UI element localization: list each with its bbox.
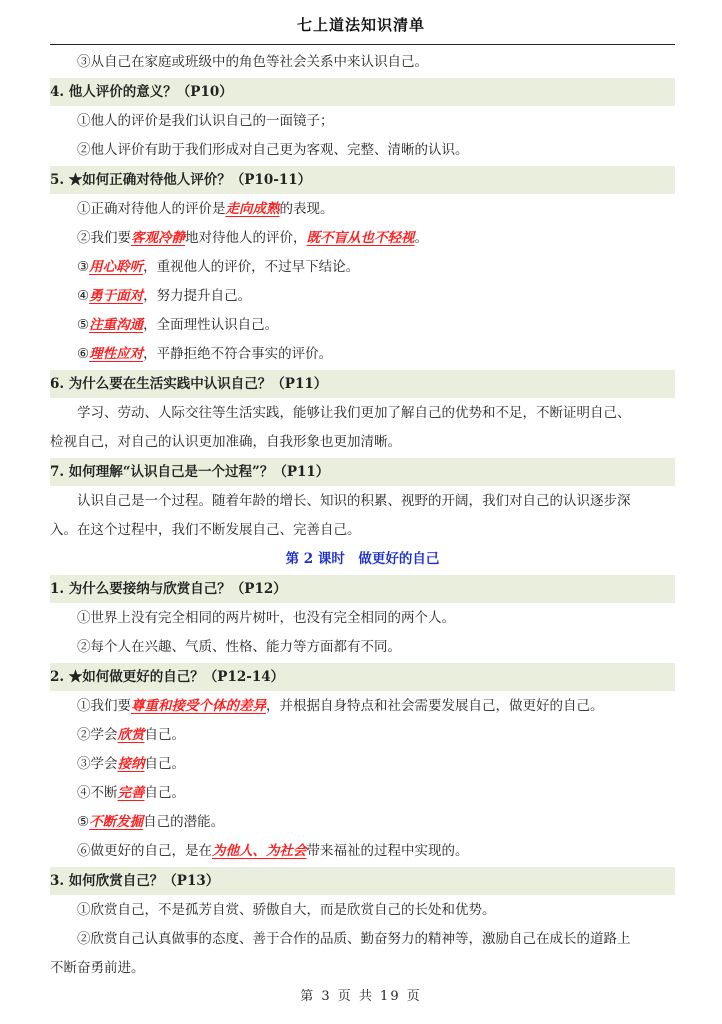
text-span: ③从自己在家庭或班级中的角色等社会关系中来认识自己。 bbox=[77, 54, 428, 70]
text-span: ⑥做更好的自己，是在 bbox=[77, 843, 212, 859]
text-span: ②我们要 bbox=[77, 230, 131, 246]
text-span: ②学会 bbox=[77, 727, 118, 743]
document-body: ③从自己在家庭或班级中的角色等社会关系中来认识自己。4. 他人评价的意义？（P1… bbox=[50, 48, 675, 983]
text-span: ①欣赏自己，不是孤芳自赏、骄傲自大，而是欣赏自己的长处和优势。 bbox=[77, 902, 496, 918]
answer-line: ③用心聆听，重视他人的评价，不过早下结论。 bbox=[50, 253, 675, 282]
answer-continuation: 检视自己，对自己的认识更加准确，自我形象也更加清晰。 bbox=[50, 428, 675, 457]
text-span: ④ bbox=[77, 288, 89, 304]
answer-line: ②学会欣赏自己。 bbox=[50, 721, 675, 750]
answer-line: ⑤注重沟通，全面理性认识自己。 bbox=[50, 311, 675, 340]
answer-line: ①他人的评价是我们认识自己的一面镜子； bbox=[50, 107, 675, 136]
text-span: 4. 他人评价的意义？（P10） bbox=[50, 84, 233, 100]
answer-line: ②我们要客观冷静地对待他人的评价，既不盲从也不轻视。 bbox=[50, 224, 675, 253]
text-span: 自己的潜能。 bbox=[143, 814, 224, 830]
text-span: ①我们要 bbox=[77, 698, 131, 714]
key-phrase: 客观冷静 bbox=[131, 230, 185, 246]
answer-line: ⑤不断发掘自己的潜能。 bbox=[50, 808, 675, 837]
question-heading: 7. 如何理解“认识自己是一个过程”？（P11） bbox=[50, 458, 675, 486]
text-span: ⑤ bbox=[77, 814, 89, 830]
text-span: ③学会 bbox=[77, 756, 118, 772]
text-span: ，并根据自身特点和社会需要发展自己，做更好的自己。 bbox=[266, 698, 604, 714]
answer-continuation: 不断奋勇前进。 bbox=[50, 954, 675, 983]
text-span: 6. 为什么要在生活实践中认识自己？（P11） bbox=[50, 376, 327, 392]
text-span: 的表现。 bbox=[280, 201, 334, 217]
answer-line: 认识自己是一个过程。随着年龄的增长、知识的积累、视野的开阔，我们对自己的认识逐步… bbox=[50, 487, 675, 516]
text-span: 学习、劳动、人际交往等生活实践，能够让我们更加了解自己的优势和不足，不断证明自己… bbox=[77, 405, 631, 421]
text-span: 1. 为什么要接纳与欣赏自己？（P12） bbox=[50, 581, 287, 597]
question-heading: 4. 他人评价的意义？（P10） bbox=[50, 78, 675, 106]
text-span: 自己。 bbox=[145, 756, 186, 772]
text-span: ，努力提升自己。 bbox=[143, 288, 251, 304]
answer-line: ③从自己在家庭或班级中的角色等社会关系中来认识自己。 bbox=[50, 48, 675, 77]
text-span: 5. ★如何正确对待他人评价？（P10-11） bbox=[50, 172, 311, 188]
key-phrase: 注重沟通 bbox=[89, 317, 143, 333]
key-phrase: 不断发掘 bbox=[89, 814, 143, 830]
key-phrase: 勇于面对 bbox=[89, 288, 143, 304]
key-phrase: 完善 bbox=[118, 785, 145, 801]
answer-line: ②每个人在兴趣、气质、性格、能力等方面都有不同。 bbox=[50, 633, 675, 662]
key-phrase: 走向成熟 bbox=[226, 201, 280, 217]
key-phrase: 理性应对 bbox=[89, 346, 143, 362]
answer-line: ①世界上没有完全相同的两片树叶，也没有完全相同的两个人。 bbox=[50, 604, 675, 633]
text-span: 认识自己是一个过程。随着年龄的增长、知识的积累、视野的开阔，我们对自己的认识逐步… bbox=[77, 493, 631, 509]
answer-line: ⑥理性应对，平静拒绝不符合事实的评价。 bbox=[50, 340, 675, 369]
key-phrase: 用心聆听 bbox=[89, 259, 143, 275]
text-span: 自己。 bbox=[145, 727, 186, 743]
key-phrase: 欣赏 bbox=[118, 727, 145, 743]
text-span: ①世界上没有完全相同的两片树叶，也没有完全相同的两个人。 bbox=[77, 610, 455, 626]
answer-line: ①我们要尊重和接受个体的差异，并根据自身特点和社会需要发展自己，做更好的自己。 bbox=[50, 692, 675, 721]
text-span: ④不断 bbox=[77, 785, 118, 801]
text-span: ，全面理性认识自己。 bbox=[143, 317, 278, 333]
text-span: 检视自己，对自己的认识更加准确，自我形象也更加清晰。 bbox=[50, 434, 401, 450]
text-span: ②每个人在兴趣、气质、性格、能力等方面都有不同。 bbox=[77, 639, 401, 655]
answer-line: ①正确对待他人的评价是走向成熟的表现。 bbox=[50, 195, 675, 224]
section-title: 第 2 课时 做更好的自己 bbox=[50, 545, 675, 574]
question-heading: 2. ★如何做更好的自己？（P12-14） bbox=[50, 663, 675, 691]
header-divider bbox=[50, 44, 675, 45]
text-span: 入。在这个过程中，我们不断发展自己、完善自己。 bbox=[50, 522, 361, 538]
text-span: 不断奋勇前进。 bbox=[50, 960, 145, 976]
answer-continuation: 入。在这个过程中，我们不断发展自己、完善自己。 bbox=[50, 516, 675, 545]
answer-line: ④不断完善自己。 bbox=[50, 779, 675, 808]
text-span: ②他人评价有助于我们形成对自己更为客观、完整、清晰的认识。 bbox=[77, 142, 469, 158]
answer-line: ②他人评价有助于我们形成对自己更为客观、完整、清晰的认识。 bbox=[50, 136, 675, 165]
text-span: 地对待他人的评价， bbox=[185, 230, 307, 246]
answer-line: ④勇于面对，努力提升自己。 bbox=[50, 282, 675, 311]
key-phrase: 既不盲从也不轻视 bbox=[307, 230, 415, 246]
text-span: 带来福祉的过程中实现的。 bbox=[307, 843, 469, 859]
answer-line: ①欣赏自己，不是孤芳自赏、骄傲自大，而是欣赏自己的长处和优势。 bbox=[50, 896, 675, 925]
key-phrase: 为他人、为社会 bbox=[212, 843, 307, 859]
key-phrase: 尊重和接受个体的差异 bbox=[131, 698, 266, 714]
text-span: ③ bbox=[77, 259, 89, 275]
answer-line: ②欣赏自己认真做事的态度、善于合作的品质、勤奋努力的精神等，激励自己在成长的道路… bbox=[50, 925, 675, 954]
text-span: ，平静拒绝不符合事实的评价。 bbox=[143, 346, 332, 362]
text-span: 自己。 bbox=[145, 785, 186, 801]
question-heading: 5. ★如何正确对待他人评价？（P10-11） bbox=[50, 166, 675, 194]
text-span: 。 bbox=[415, 230, 429, 246]
question-heading: 1. 为什么要接纳与欣赏自己？（P12） bbox=[50, 575, 675, 603]
text-span: 3. 如何欣赏自己？（P13） bbox=[50, 873, 219, 889]
key-phrase: 接纳 bbox=[118, 756, 145, 772]
question-heading: 3. 如何欣赏自己？（P13） bbox=[50, 867, 675, 895]
text-span: ，重视他人的评价，不过早下结论。 bbox=[143, 259, 359, 275]
text-span: 第 2 课时 做更好的自己 bbox=[286, 551, 440, 567]
text-span: ⑤ bbox=[77, 317, 89, 333]
page-number: 第 3 页 共 19 页 bbox=[0, 985, 722, 1004]
page-title: 七上道法知识清单 bbox=[0, 14, 722, 35]
text-span: ②欣赏自己认真做事的态度、善于合作的品质、勤奋努力的精神等，激励自己在成长的道路… bbox=[77, 931, 631, 947]
text-span: 2. ★如何做更好的自己？（P12-14） bbox=[50, 669, 284, 685]
text-span: ①正确对待他人的评价是 bbox=[77, 201, 226, 217]
answer-line: 学习、劳动、人际交往等生活实践，能够让我们更加了解自己的优势和不足，不断证明自己… bbox=[50, 399, 675, 428]
text-span: ①他人的评价是我们认识自己的一面镜子； bbox=[77, 113, 334, 129]
text-span: 7. 如何理解“认识自己是一个过程”？（P11） bbox=[50, 464, 329, 480]
answer-line: ⑥做更好的自己，是在为他人、为社会带来福祉的过程中实现的。 bbox=[50, 837, 675, 866]
question-heading: 6. 为什么要在生活实践中认识自己？（P11） bbox=[50, 370, 675, 398]
text-span: ⑥ bbox=[77, 346, 89, 362]
answer-line: ③学会接纳自己。 bbox=[50, 750, 675, 779]
